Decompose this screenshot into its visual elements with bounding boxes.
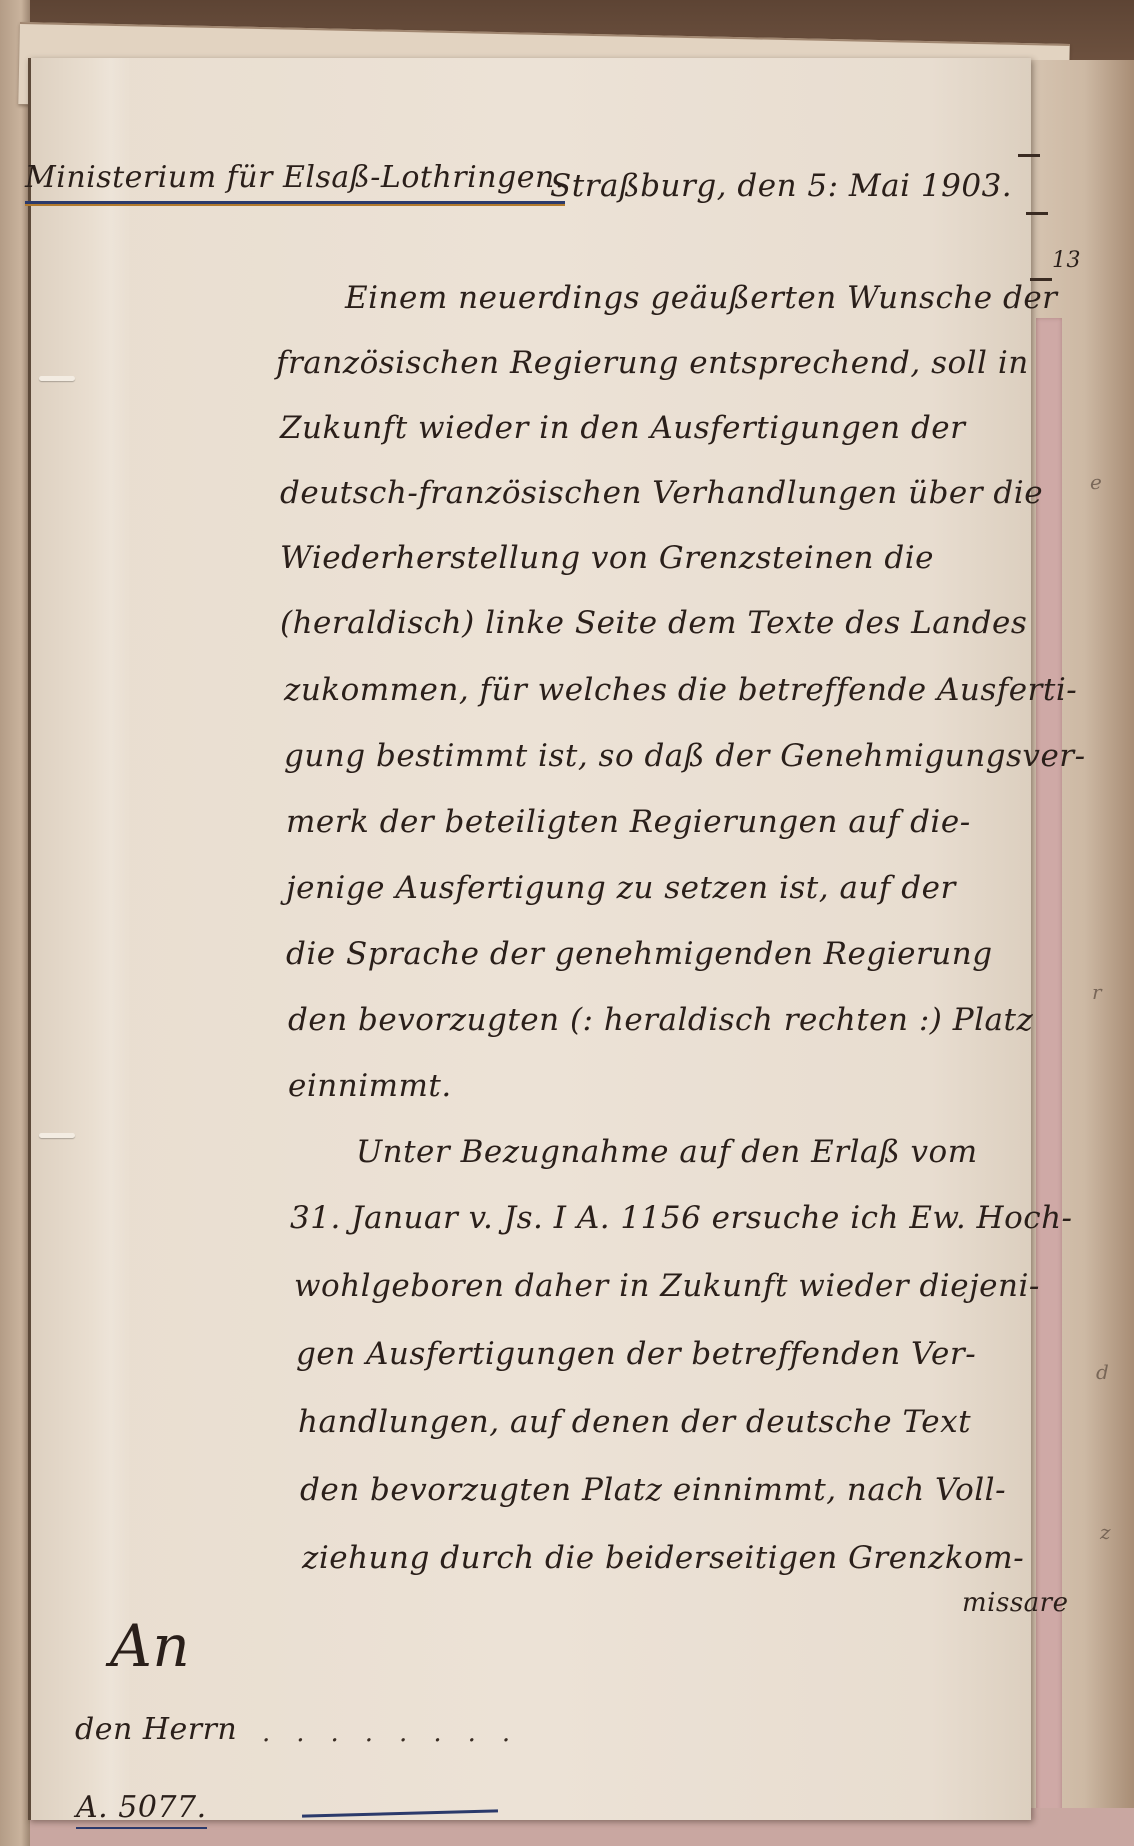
body-line: Wiederherstellung von Grenzsteinen die	[280, 540, 934, 576]
body-line: einnimmt.	[288, 1068, 452, 1104]
body-line: jenige Ausfertigung zu setzen ist, auf d…	[286, 870, 956, 906]
binding-stitch	[39, 1133, 75, 1138]
bleed-through-mark: e	[1090, 470, 1102, 494]
margin-tick-mark	[1026, 212, 1048, 215]
body-line: den bevorzugten Platz einnimmt, nach Vol…	[300, 1472, 1006, 1508]
ministry-header: Ministerium für Elsaß-Lothringen.	[25, 160, 565, 204]
body-line: Einem neuerdings geäußerten Wunsche der	[345, 280, 1058, 316]
body-line: handlungen, auf denen der deutsche Text	[298, 1404, 971, 1440]
bleed-through-mark: d	[1096, 1360, 1109, 1384]
body-line: ziehung durch die beiderseitigen Grenzko…	[302, 1540, 1024, 1576]
body-line: gen Ausfertigungen der betreffenden Ver-	[296, 1336, 976, 1372]
body-line: französischen Regierung entsprechend, so…	[276, 345, 1029, 381]
catchword: missare	[962, 1588, 1068, 1618]
body-line: 31. Januar v. Js. I A. 1156 ersuche ich …	[290, 1200, 1073, 1236]
body-line: wohlgeboren daher in Zukunft wieder diej…	[294, 1268, 1040, 1304]
file-number: A. 5077.	[76, 1790, 207, 1829]
body-line: Unter Bezugnahme auf den Erlaß vom	[356, 1134, 978, 1170]
body-line: merk der beteiligten Regierungen auf die…	[286, 804, 971, 840]
binding-board	[0, 0, 30, 1846]
body-line: die Sprache der genehmigenden Regierung	[286, 936, 993, 972]
bleed-through-mark: z	[1100, 1520, 1111, 1544]
binding-stitch	[39, 376, 75, 381]
bleed-through-mark: r	[1092, 980, 1102, 1004]
margin-tick-mark	[1018, 154, 1040, 157]
body-line: Zukunft wieder in den Ausfertigungen der	[280, 410, 965, 446]
body-line: den bevorzugten (: heraldisch rechten :)…	[288, 1002, 1033, 1038]
folio-number: 13	[1052, 248, 1081, 273]
body-line: (heraldisch) linke Seite dem Texte des L…	[280, 605, 1027, 641]
body-line: deutsch-französischen Verhandlungen über…	[280, 475, 1043, 511]
address-recipient: den Herrn	[75, 1712, 237, 1747]
body-line: zukommen, für welches die betreffende Au…	[284, 672, 1077, 708]
place-date: Straßburg, den 5: Mai 1903.	[550, 168, 1012, 204]
address-placeholder-dots: ........	[262, 1718, 536, 1748]
address-salutation: An	[110, 1612, 190, 1680]
body-line: gung bestimmt ist, so daß der Genehmigun…	[284, 738, 1086, 774]
